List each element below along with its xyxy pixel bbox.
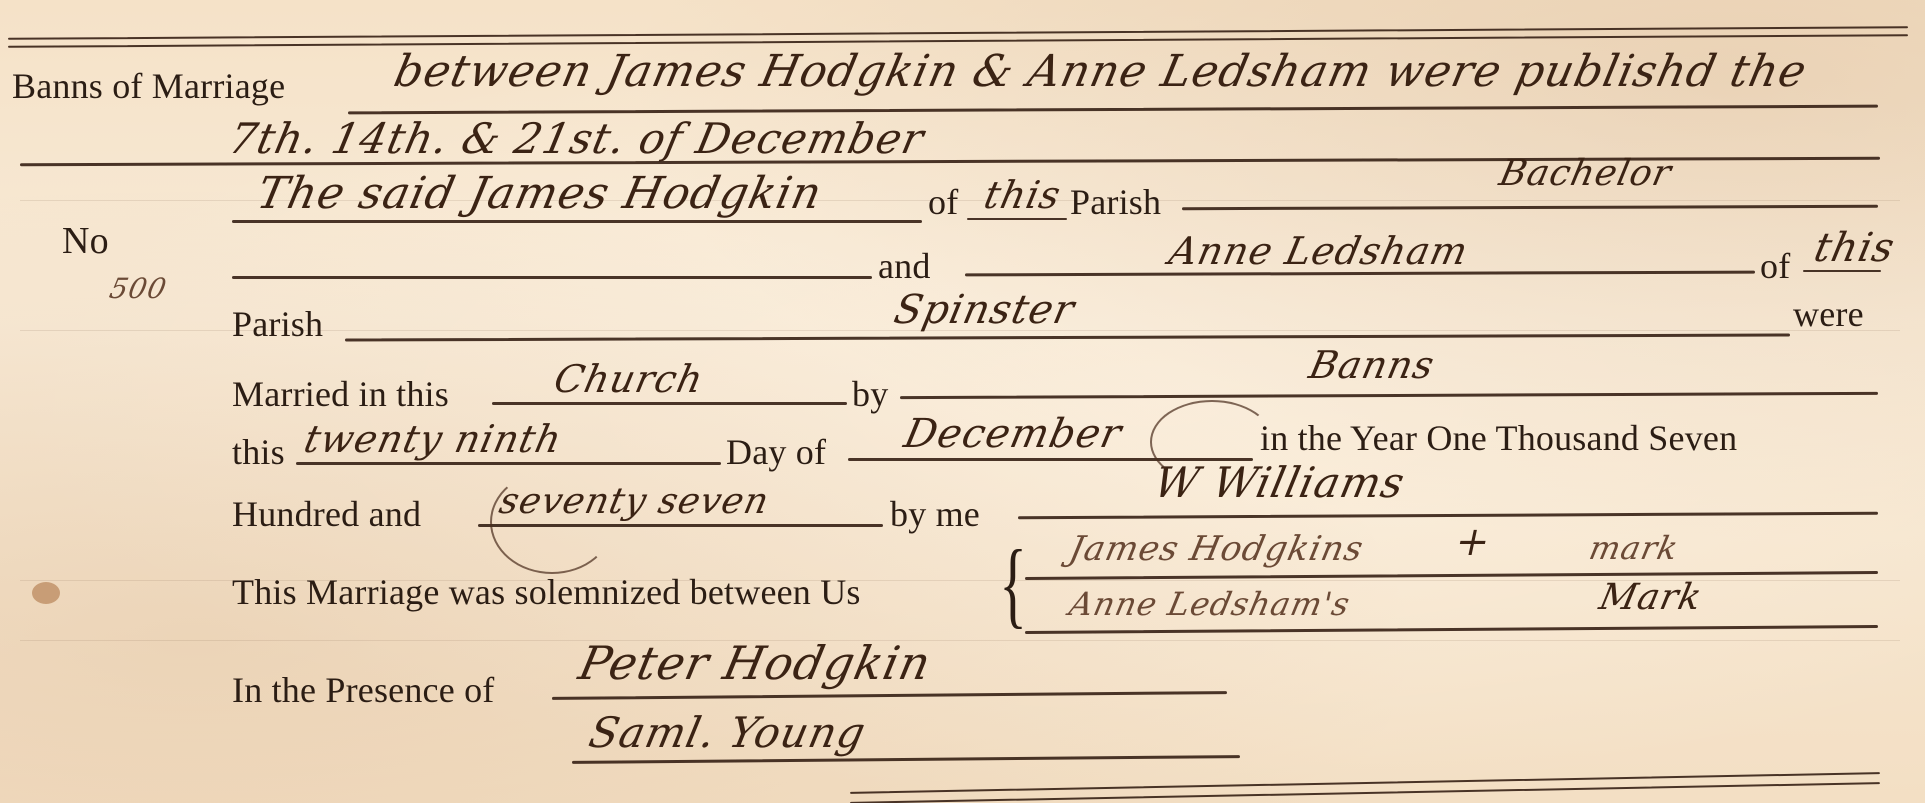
banns-line xyxy=(348,105,1878,115)
groom-parish-label: Parish xyxy=(1070,184,1161,220)
bride-name-line xyxy=(965,271,1755,277)
witness1-signature: Peter Hodgkin xyxy=(575,640,935,686)
ceremony-place: Church xyxy=(551,360,707,398)
bride-parish-label: Parish xyxy=(232,306,323,342)
by-label: by xyxy=(852,376,888,412)
banns-text-line2: 7th. 14th. & 21st. of December xyxy=(226,118,928,160)
banns-label: Banns of Marriage xyxy=(12,68,285,104)
were-label: were xyxy=(1793,296,1864,332)
party2-name: Anne Ledsham's xyxy=(1067,588,1354,620)
bottom-border-rule xyxy=(850,772,1880,794)
ceremony-method-line xyxy=(900,392,1878,399)
ink-flourish xyxy=(1150,400,1274,484)
witnesses-label: In the Presence of xyxy=(232,672,495,708)
married-in-label: Married in this xyxy=(232,376,449,412)
year-label: in the Year One Thousand Seven xyxy=(1260,420,1737,456)
bride-status-line xyxy=(345,333,1790,341)
witness1-line xyxy=(552,691,1227,700)
this-label: this xyxy=(232,434,285,470)
party1-mark-label: mark xyxy=(1587,532,1682,564)
bride-parish-value: this xyxy=(1811,228,1899,268)
ceremony-month: December xyxy=(901,414,1126,454)
party1-line xyxy=(1025,571,1878,580)
bride-blank-line xyxy=(232,276,872,279)
register-page: Banns of Marriage between James Hodgkin … xyxy=(0,0,1925,803)
bride-and-label: and xyxy=(878,248,931,284)
ink-flourish xyxy=(490,470,614,574)
officiant-line xyxy=(1018,512,1878,520)
solemnized-label: This Marriage was solemnized between Us xyxy=(232,574,861,610)
entry-number-label: No xyxy=(62,222,109,260)
entry-number-value: 500 xyxy=(107,275,169,303)
witness2-signature: Saml. Young xyxy=(586,712,870,754)
hundred-label: Hundred and xyxy=(232,496,421,532)
bride-parish-line xyxy=(1803,270,1881,272)
party1-name: James Hodgkins xyxy=(1066,532,1366,566)
party1-mark: + xyxy=(1452,522,1495,562)
ceremony-day-line xyxy=(296,462,721,465)
groom-parish-line xyxy=(967,218,1067,220)
groom-of-label: of xyxy=(928,184,958,220)
party2-line xyxy=(1025,625,1878,634)
bride-name: Anne Ledsham xyxy=(1166,232,1472,270)
ceremony-method: Banns xyxy=(1306,346,1438,384)
day-of-label: Day of xyxy=(726,434,826,470)
paper-texture-line xyxy=(20,640,1900,641)
paper-stain xyxy=(32,582,60,604)
groom-status: Bachelor xyxy=(1496,156,1675,192)
groom-parish-value: this xyxy=(981,176,1064,214)
party2-mark-label: Mark xyxy=(1596,580,1705,616)
ceremony-day: twenty ninth xyxy=(301,420,565,458)
bride-status: Spinster xyxy=(891,290,1078,330)
bride-of-label: of xyxy=(1760,248,1790,284)
groom-name-line xyxy=(232,220,922,223)
banns-text-line1: between James Hodgkin & Anne Ledsham wer… xyxy=(390,50,1810,94)
bottom-border-rule xyxy=(850,782,1880,803)
brace: { xyxy=(999,536,1027,632)
groom-status-line xyxy=(1182,205,1878,210)
groom-name: The said James Hodgkin xyxy=(253,172,826,216)
by-me-label: by me xyxy=(890,496,980,532)
ceremony-place-line xyxy=(492,402,847,405)
